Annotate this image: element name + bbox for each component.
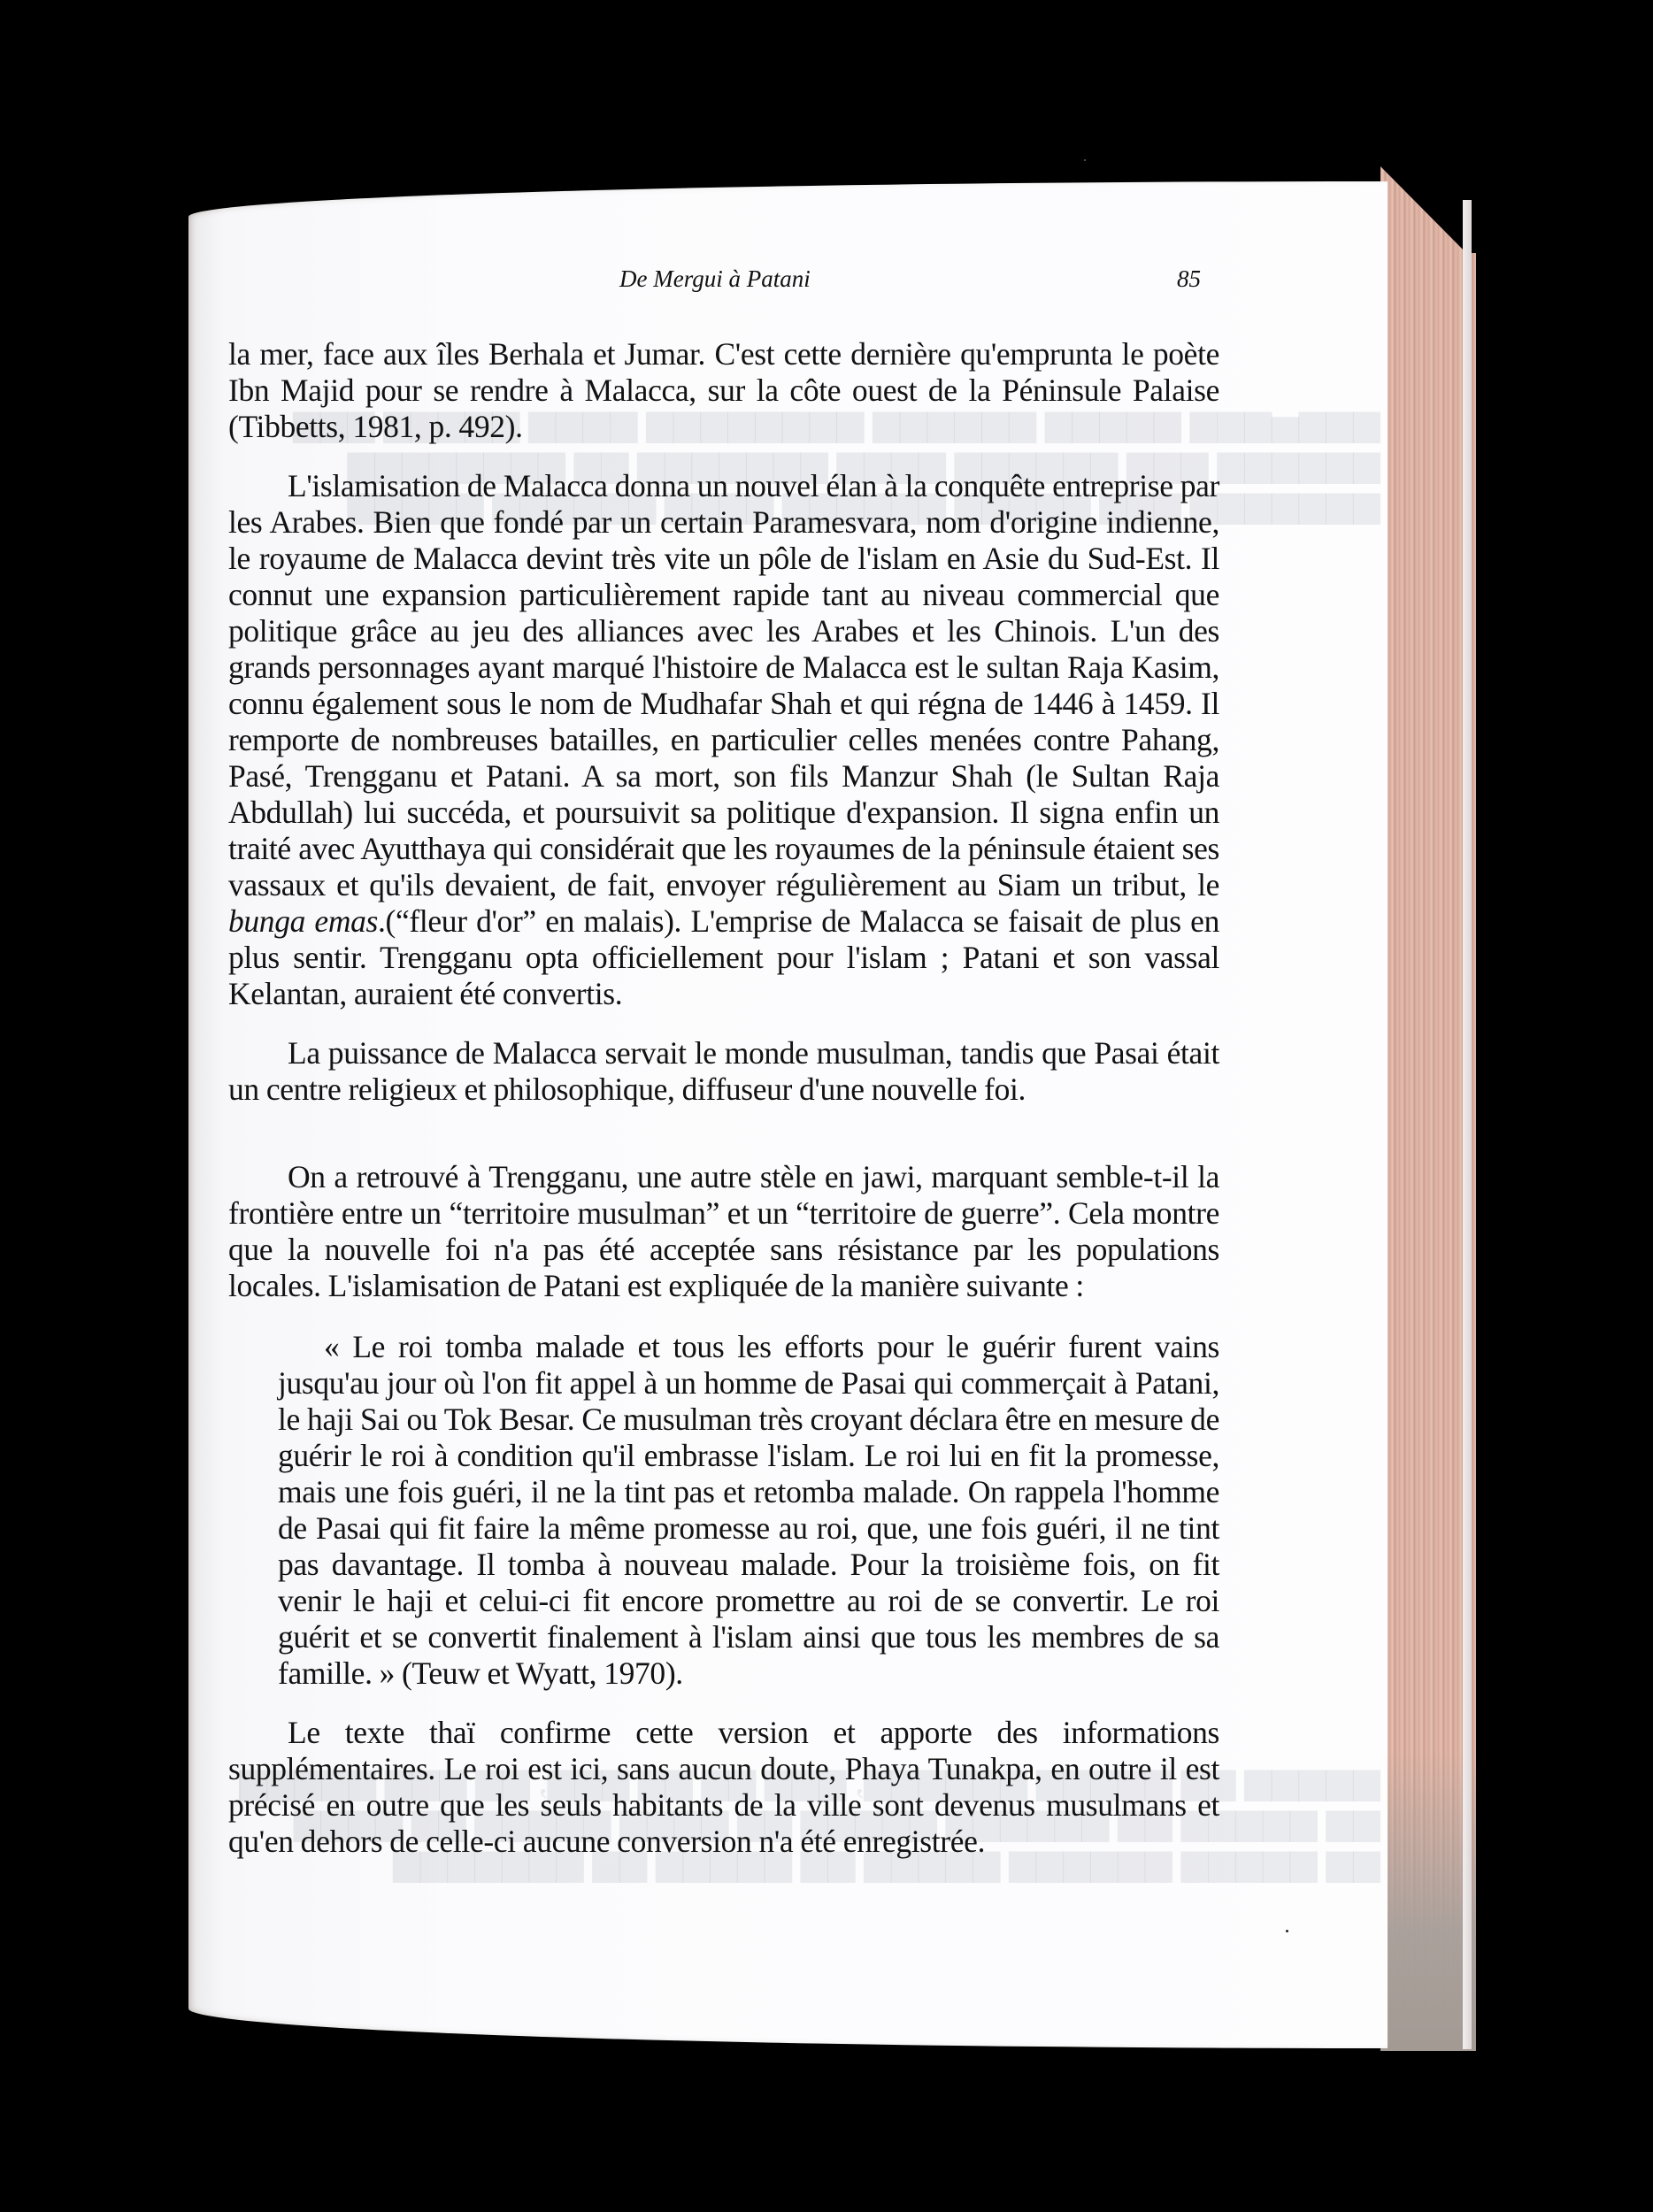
paragraph-puissance-malacca: La puissance de Malacca servait le monde… [228, 1035, 1219, 1108]
running-head: De Mergui à Patani [619, 265, 811, 293]
paragraph-text: L'islamisation de Malacca donna un nouve… [228, 468, 1219, 902]
paper-speck [1286, 1930, 1288, 1932]
italic-term-bunga-emas: bunga emas [228, 903, 378, 939]
paragraph-malacca-islamisation: L'islamisation de Malacca donna un nouve… [228, 468, 1219, 1012]
page-number: 85 [1177, 265, 1201, 293]
page-stack-fore-edge [1380, 166, 1476, 2051]
paragraph-trengganu-stele: On a retrouvé à Trengganu, une autre stè… [228, 1159, 1219, 1304]
body-text: la mer, face aux îles Berhala et Jumar. … [228, 336, 1219, 1860]
paragraph-continuation: la mer, face aux îles Berhala et Jumar. … [228, 336, 1219, 445]
page-stack-cover-lip [1463, 200, 1472, 2049]
dust-speck [1084, 159, 1086, 161]
block-quote-conversion-story: « Le roi tomba malade et tous les effort… [278, 1329, 1219, 1692]
open-book-photo: ▆▆▆▅▆▆▆ ▆▆▆▆▆ ▆▆▆▆▆▆ ▆▆▆▆▆▆▆▆ ▆▆▆▆ ▆▆▆▆▆… [0, 0, 1653, 2212]
paragraph-texte-thai: Le texte thaï confirme cette version et … [228, 1715, 1219, 1860]
